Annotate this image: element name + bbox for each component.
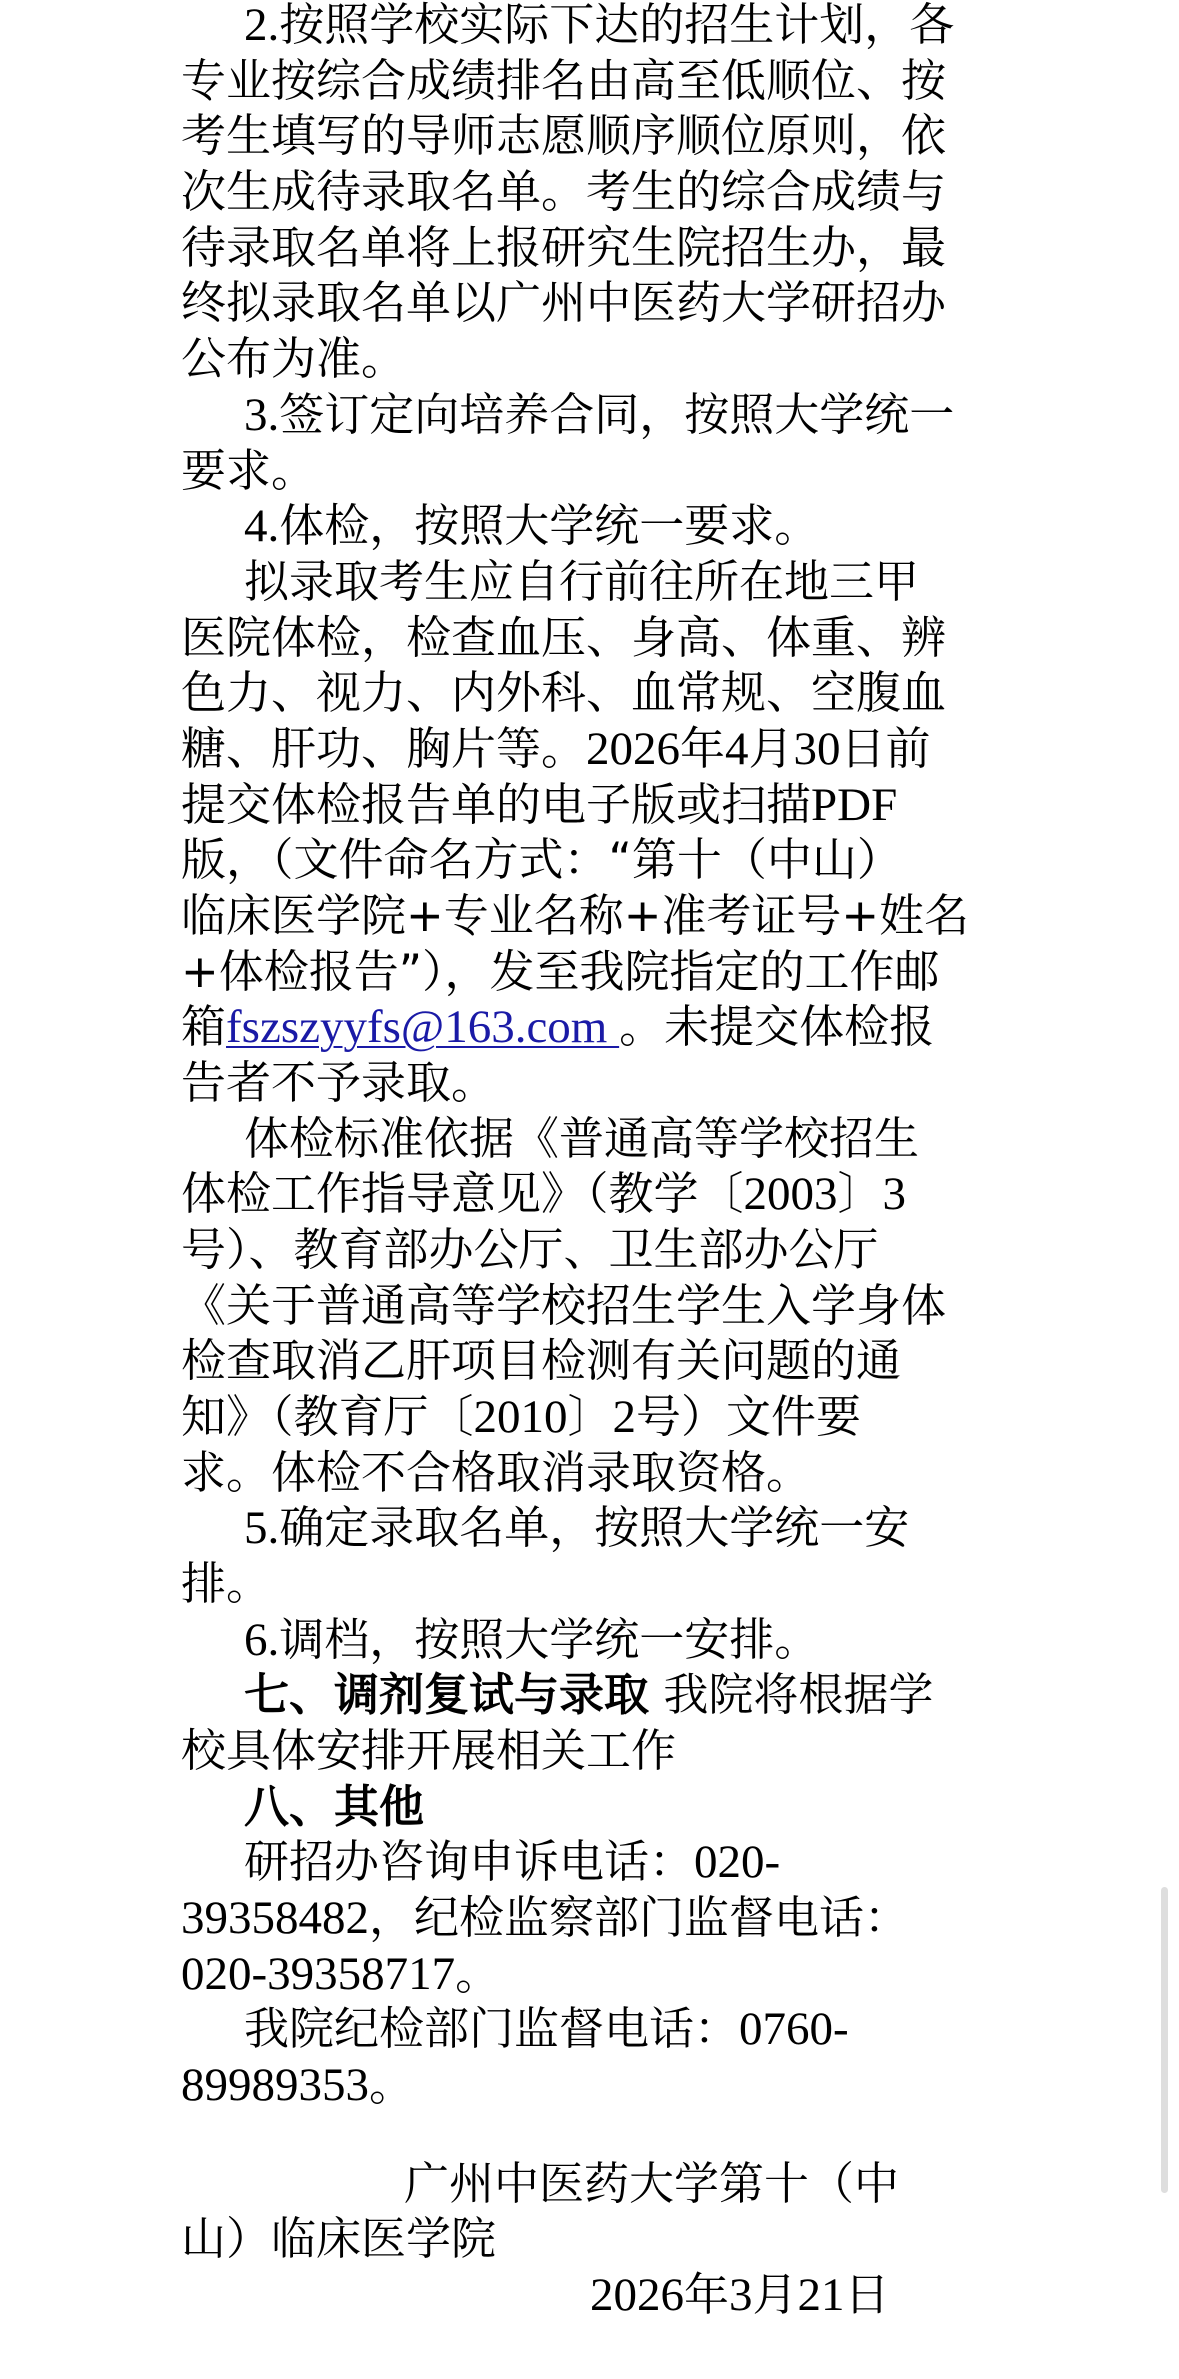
paragraph-line: 专业按综合成绩排名由高至低顺位、按: [181, 53, 946, 109]
paragraph-line: 糖、肝功、胸片等。2026年4月30日前: [181, 721, 931, 777]
signature-institution: 山）临床医学院: [181, 2211, 496, 2267]
text-run: 体检，按照大学统一要求。: [279, 499, 819, 552]
paragraph-line: 020-39358717。: [181, 1946, 500, 2002]
paragraph-line: 次生成待录取名单。考生的综合成绩与: [181, 164, 946, 220]
phone-number: 0760-: [739, 2003, 849, 2055]
text-run: 3: [883, 1168, 907, 1220]
phone-number: 89989353: [181, 2059, 369, 2111]
text-run: 。: [369, 2058, 414, 2111]
text-run: 要求。: [181, 444, 316, 497]
text-run: 2003: [744, 1168, 838, 1220]
text-run: PDF: [811, 779, 897, 831]
date-month: 3: [729, 2269, 753, 2321]
text-run: 提交体检报告单的电子版或扫描: [181, 778, 811, 831]
paragraph-line: 提交体检报告单的电子版或扫描PDF: [181, 777, 897, 833]
section-heading: 七、调剂复试与录取: [244, 1668, 649, 1721]
text-run: 30: [794, 723, 841, 775]
vertical-scrollbar[interactable]: [1161, 1887, 1168, 2193]
text-run: 〕: [838, 1167, 883, 1220]
text-run: 次生成待录取名单。考生的综合成绩与: [181, 165, 946, 218]
paragraph-line: 39358482，纪检监察部门监督电话：: [181, 1890, 909, 1946]
text-run: 号）文件要: [636, 1390, 861, 1443]
text-run: 待录取名单将上报研究生院招生办，最: [181, 221, 946, 274]
paragraph-line: 《关于普通高等学校招生学生入学身体: [181, 1278, 946, 1334]
text-run: 求。体检不合格取消录取资格。: [181, 1446, 811, 1499]
text-run: 专业按综合成绩排名由高至低顺位、按: [181, 54, 946, 107]
text-run: 〕: [568, 1390, 613, 1443]
date-day: 21: [798, 2269, 845, 2321]
text-run: 校具体安排开展相关工作: [181, 1724, 676, 1777]
paragraph-line: 要求。: [181, 443, 316, 499]
text-run: 3.: [244, 389, 279, 441]
text-run: 终拟录取名单以广州中医药大学研招办: [181, 276, 946, 329]
text-run: 广州中医药大学第十（中: [404, 2157, 899, 2210]
text-run: 山）临床医学院: [181, 2212, 496, 2265]
paragraph-line: 检查取消乙肝项目检测有关问题的通: [181, 1333, 901, 1389]
text-run: 2026: [586, 723, 680, 775]
text-run: 5.: [244, 1502, 279, 1554]
paragraph-line: 体检标准依据《普通高等学校招生: [244, 1111, 919, 1167]
paragraph-line: 89989353。: [181, 2057, 414, 2113]
paragraph-line: 临床医学院+专业名称+准考证号+姓名: [181, 888, 969, 944]
text-run: 6.: [244, 1614, 279, 1666]
text-run: 版，（文件命名方式：“第十（中山）: [181, 833, 902, 886]
text-run: 考生填写的导师志愿顺序顺位原则，依: [181, 109, 946, 162]
text-run: 2.: [244, 0, 279, 51]
paragraph-line: 终拟录取名单以广州中医药大学研招办: [181, 275, 946, 331]
paragraph-line: 6.调档，按照大学统一安排。: [244, 1612, 819, 1668]
text-run: 。: [455, 1947, 500, 2000]
text-run: 签订定向培养合同，按照大学统一: [279, 388, 954, 441]
text-run: 《关于普通高等学校招生学生入学身体: [181, 1279, 946, 1332]
paragraph-line: 考生填写的导师志愿顺序顺位原则，依: [181, 108, 946, 164]
text-run: 年: [684, 2268, 729, 2321]
paragraph-line: 公布为准。: [181, 331, 406, 387]
text-run: 知》（教育厅〔: [181, 1390, 474, 1443]
phone-number: 39358482: [181, 1892, 369, 1944]
text-run: 我院纪检部门监督电话：: [244, 2002, 739, 2055]
paragraph-line: 求。体检不合格取消录取资格。: [181, 1445, 811, 1501]
section-heading-line: 七、调剂复试与录取 我院将根据学: [244, 1667, 933, 1723]
text-run: 糖、肝功、胸片等。: [181, 722, 586, 775]
date-year: 2026: [590, 2269, 684, 2321]
text-run: 日前: [841, 722, 931, 775]
paragraph-line: 5.确定录取名单，按照大学统一安: [244, 1500, 909, 1556]
paragraph-line: 色力、视力、内外科、血常规、空腹血: [181, 665, 946, 721]
text-run: 按照学校实际下达的招生计划，各: [279, 0, 954, 51]
text-run: 我院将根据学: [649, 1668, 933, 1721]
paragraph-line: 排。: [181, 1556, 271, 1612]
paragraph-line: 研招办咨询申诉电话：020-: [244, 1834, 780, 1890]
email-link[interactable]: fszszyyfs@163.com: [226, 1001, 619, 1053]
text-run: 检查取消乙肝项目检测有关问题的通: [181, 1334, 901, 1387]
paragraph-line: 知》（教育厅〔2010〕2号）文件要: [181, 1389, 861, 1445]
text-run: 箱: [181, 1000, 226, 1053]
text-run: 。未提交体检报: [619, 1000, 934, 1053]
text-run: 日: [845, 2268, 890, 2321]
text-run: 公布为准。: [181, 332, 406, 385]
text-run: 2010: [474, 1391, 568, 1443]
text-run: 色力、视力、内外科、血常规、空腹血: [181, 666, 946, 719]
text-run: 月: [749, 722, 794, 775]
paragraph-line: 箱fszszyyfs@163.com 。未提交体检报: [181, 999, 934, 1055]
section-heading: 八、其他: [244, 1780, 424, 1833]
text-run: 拟录取考生应自行前往所在地三甲: [244, 555, 919, 608]
text-run: 4.: [244, 500, 279, 552]
paragraph-line: 校具体安排开展相关工作: [181, 1723, 676, 1779]
text-run: 确定录取名单，按照大学统一安: [279, 1501, 909, 1554]
section-heading-line: 八、其他: [244, 1779, 424, 1835]
paragraph-line: 4.体检，按照大学统一要求。: [244, 498, 819, 554]
text-run: ，纪检监察部门监督电话：: [369, 1891, 909, 1944]
paragraph-line: 3.签订定向培养合同，按照大学统一: [244, 387, 954, 443]
paragraph-line: 体检工作指导意见》（教学〔2003〕3: [181, 1166, 906, 1222]
text-run: 年: [680, 722, 725, 775]
paragraph-line: 版，（文件命名方式：“第十（中山）: [181, 832, 902, 888]
text-run: 医院体检，检查血压、身高、体重、辨: [181, 611, 946, 664]
paragraph-line: 号）、教育部办公厅、卫生部办公厅: [181, 1222, 879, 1278]
paragraph-line: 医院体检，检查血压、身高、体重、辨: [181, 610, 946, 666]
text-run: 告者不予录取。: [181, 1056, 496, 1109]
text-run: 临床医学院+专业名称+准考证号+姓名: [181, 889, 969, 942]
text-run: +体检报告”），发至我院指定的工作邮: [181, 945, 940, 998]
paragraph-line: 2.按照学校实际下达的招生计划，各: [244, 0, 954, 53]
phone-number: 020-39358717: [181, 1948, 455, 2000]
text-run: 排。: [181, 1557, 271, 1610]
text-run: 月: [753, 2268, 798, 2321]
paragraph-line: +体检报告”），发至我院指定的工作邮: [181, 944, 940, 1000]
phone-number: 020-: [694, 1836, 780, 1888]
text-run: 体检标准依据《普通高等学校招生: [244, 1112, 919, 1165]
paragraph-line: 拟录取考生应自行前往所在地三甲: [244, 554, 919, 610]
text-run: 4: [725, 723, 749, 775]
signature-institution: 广州中医药大学第十（中: [404, 2156, 899, 2212]
signature-date: 2026年3月21日: [590, 2267, 890, 2323]
paragraph-line: 待录取名单将上报研究生院招生办，最: [181, 220, 946, 276]
text-run: 号）、教育部办公厅、卫生部办公厅: [181, 1223, 879, 1276]
text-run: 调档，按照大学统一安排。: [279, 1613, 819, 1666]
paragraph-line: 我院纪检部门监督电话：0760-: [244, 2001, 849, 2057]
document-page: 2.按照学校实际下达的招生计划，各 专业按综合成绩排名由高至低顺位、按 考生填写…: [0, 0, 1179, 2379]
text-run: 2: [613, 1391, 637, 1443]
paragraph-line: 告者不予录取。: [181, 1055, 496, 1111]
text-run: 体检工作指导意见》（教学〔: [181, 1167, 744, 1220]
text-run: 研招办咨询申诉电话：: [244, 1835, 694, 1888]
